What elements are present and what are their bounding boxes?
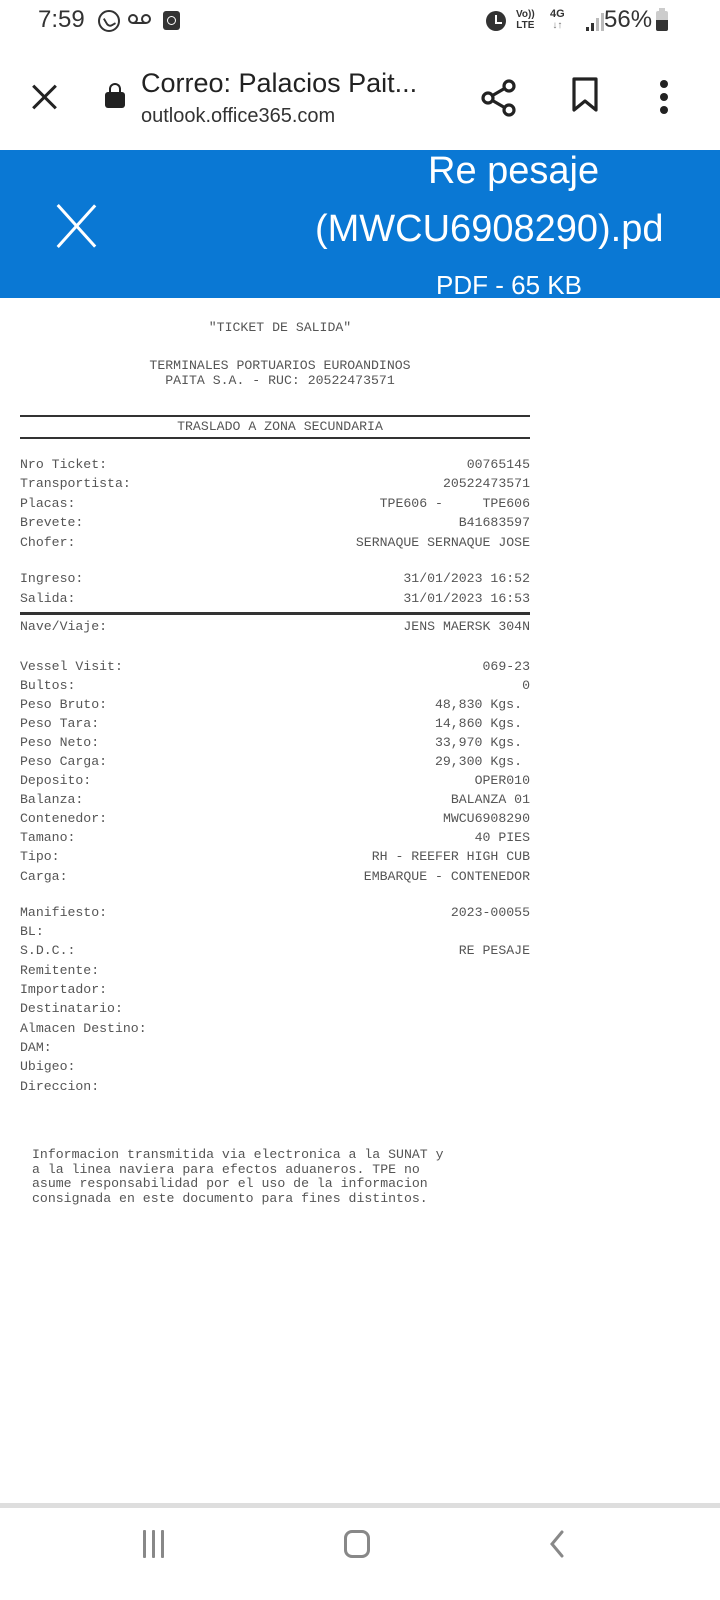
more-options-icon[interactable] xyxy=(654,78,674,118)
voicemail-icon xyxy=(128,14,154,26)
field-value: RE PESAJE xyxy=(459,943,530,958)
ticket-field-row: Tamano:40 PIES xyxy=(20,830,530,849)
field-value: TPE606 - TPE606 xyxy=(380,496,530,511)
attachment-meta: PDF - 65 KB xyxy=(436,270,582,298)
ticket-field-row: BL: xyxy=(20,924,530,943)
field-value: SERNAQUE SERNAQUE JOSE xyxy=(356,535,530,550)
field-value: RH - REEFER HIGH CUB xyxy=(372,849,530,864)
ticket-field-row: Tipo:RH - REEFER HIGH CUB xyxy=(20,849,530,868)
ticket-field-row: Bultos:0 xyxy=(20,678,530,697)
field-label: Direccion: xyxy=(20,1079,99,1094)
divider xyxy=(20,612,530,615)
field-label: Balanza: xyxy=(20,792,83,807)
ticket-field-row: Destinatario: xyxy=(20,1001,530,1020)
divider xyxy=(20,415,530,417)
clock-app-icon xyxy=(163,11,180,30)
attachment-title-line1: Re pesaje xyxy=(428,150,599,193)
ticket-field-row: Peso Carga:29,300 Kgs. xyxy=(20,754,530,773)
bookmark-icon[interactable] xyxy=(571,77,599,113)
field-value: B41683597 xyxy=(459,515,530,530)
ticket-field-row: Remitente: xyxy=(20,963,530,982)
field-label: DAM: xyxy=(20,1040,52,1055)
field-label: Deposito: xyxy=(20,773,91,788)
ticket-field-row: Brevete:B41683597 xyxy=(20,515,530,534)
ticket-field-row: Transportista:20522473571 xyxy=(20,476,530,495)
ticket-field-row: Nave/Viaje:JENS MAERSK 304N xyxy=(20,619,530,638)
field-label: Ingreso: xyxy=(20,571,83,586)
company-name-line2: PAITA S.A. - RUC: 20522473571 xyxy=(0,373,560,388)
network-4g-icon: 4G ↓↑ xyxy=(550,9,565,31)
ticket-field-row: DAM: xyxy=(20,1040,530,1059)
field-label: Importador: xyxy=(20,982,107,997)
field-value: 33,970 Kgs. xyxy=(435,735,522,750)
field-value: 29,300 Kgs. xyxy=(435,754,522,769)
attachment-header: Re pesaje (MWCU6908290).pd PDF - 65 KB xyxy=(0,150,720,298)
field-value: 14,860 Kgs. xyxy=(435,716,522,731)
ticket-field-row: Placas:TPE606 - TPE606 xyxy=(20,496,530,515)
field-label: Contenedor: xyxy=(20,811,107,826)
recents-icon[interactable] xyxy=(142,1530,166,1558)
field-value: BALANZA 01 xyxy=(451,792,530,807)
field-value: OPER010 xyxy=(475,773,530,788)
ticket-field-row: Peso Bruto:48,830 Kgs. xyxy=(20,697,530,716)
alarm-icon xyxy=(486,11,506,31)
field-label: Nro Ticket: xyxy=(20,457,107,472)
ticket-field-row: Almacen Destino: xyxy=(20,1021,530,1040)
battery-percent: 56% xyxy=(604,6,652,34)
disclaimer-text: Informacion transmitida via electronica … xyxy=(32,1148,444,1206)
field-label: Vessel Visit: xyxy=(20,659,123,674)
field-label: Almacen Destino: xyxy=(20,1021,147,1036)
page-title[interactable]: Correo: Palacios Pait... xyxy=(141,68,417,99)
ticket-field-row: Manifiesto:2023-00055 xyxy=(20,905,530,924)
field-value: 069-23 xyxy=(483,659,530,674)
ticket-field-row: Ubigeo: xyxy=(20,1059,530,1078)
field-label: Nave/Viaje: xyxy=(20,619,107,634)
ticket-field-row: Nro Ticket:00765145 xyxy=(20,457,530,476)
field-label: Peso Bruto: xyxy=(20,697,107,712)
ticket-field-row: Vessel Visit:069-23 xyxy=(20,659,530,678)
field-value: MWCU6908290 xyxy=(443,811,530,826)
field-label: Peso Carga: xyxy=(20,754,107,769)
network-arrows: ↓↑ xyxy=(550,20,565,31)
ticket-field-row: Contenedor:MWCU6908290 xyxy=(20,811,530,830)
field-value: 2023-00055 xyxy=(451,905,530,920)
back-icon[interactable] xyxy=(548,1530,566,1558)
page-url[interactable]: outlook.office365.com xyxy=(141,105,335,128)
browser-toolbar: Correo: Palacios Pait... outlook.office3… xyxy=(0,44,720,148)
field-label: Chofer: xyxy=(20,535,75,550)
field-label: Brevete: xyxy=(20,515,83,530)
status-bar: 7:59 Vo)) LTE 4G ↓↑ 56% xyxy=(0,0,720,44)
field-value: 48,830 Kgs. xyxy=(435,697,522,712)
field-label: Salida: xyxy=(20,591,75,606)
field-label: Carga: xyxy=(20,869,67,884)
field-value: 31/01/2023 16:53 xyxy=(403,591,530,606)
ticket-field-row: S.D.C.:RE PESAJE xyxy=(20,943,530,962)
ticket-field-row: Importador: xyxy=(20,982,530,1001)
ticket-field-row: Chofer:SERNAQUE SERNAQUE JOSE xyxy=(20,535,530,554)
ticket-field-row: Salida:31/01/2023 16:53 xyxy=(20,591,530,610)
field-label: Ubigeo: xyxy=(20,1059,75,1074)
volte-label-bottom: LTE xyxy=(516,20,534,31)
ticket-field-row: Carga:EMBARQUE - CONTENEDOR xyxy=(20,869,530,888)
field-label: Tamano: xyxy=(20,830,75,845)
pdf-viewer[interactable]: "TICKET DE SALIDA" TERMINALES PORTUARIOS… xyxy=(0,298,720,1478)
attachment-title-line2: (MWCU6908290).pd xyxy=(315,208,663,251)
share-icon[interactable] xyxy=(480,78,518,118)
field-value: 0 xyxy=(522,678,530,693)
volte-icon: Vo)) LTE xyxy=(516,9,535,31)
field-value: 00765145 xyxy=(467,457,530,472)
ticket-field-row: Peso Tara:14,860 Kgs. xyxy=(20,716,530,735)
field-value: 31/01/2023 16:52 xyxy=(403,571,530,586)
close-tab-icon[interactable] xyxy=(28,80,62,114)
close-attachment-icon[interactable] xyxy=(53,202,99,248)
field-label: Transportista: xyxy=(20,476,131,491)
company-name-line1: TERMINALES PORTUARIOS EUROANDINOS xyxy=(0,358,560,373)
ticket-field-row: Direccion: xyxy=(20,1079,530,1098)
network-label: 4G xyxy=(550,8,565,20)
field-label: Peso Tara: xyxy=(20,716,99,731)
field-label: Destinatario: xyxy=(20,1001,123,1016)
lock-icon xyxy=(105,92,125,108)
system-nav-bar xyxy=(0,1508,720,1600)
signal-icon xyxy=(586,13,606,31)
field-label: Peso Neto: xyxy=(20,735,99,750)
ticket-field-row: Balanza:BALANZA 01 xyxy=(20,792,530,811)
field-label: S.D.C.: xyxy=(20,943,75,958)
field-label: Tipo: xyxy=(20,849,60,864)
whatsapp-icon xyxy=(98,10,120,32)
field-label: Bultos: xyxy=(20,678,75,693)
section-title: TRASLADO A ZONA SECUNDARIA xyxy=(0,419,560,434)
ticket-field-row: Ingreso:31/01/2023 16:52 xyxy=(20,571,530,590)
field-value: EMBARQUE - CONTENEDOR xyxy=(364,869,530,884)
field-label: Remitente: xyxy=(20,963,99,978)
volte-label-top: Vo)) xyxy=(516,9,535,20)
field-value: JENS MAERSK 304N xyxy=(403,619,530,634)
field-label: Manifiesto: xyxy=(20,905,107,920)
ticket-field-row: Peso Neto:33,970 Kgs. xyxy=(20,735,530,754)
field-label: Placas: xyxy=(20,496,75,511)
status-time: 7:59 xyxy=(38,6,85,34)
field-value: 40 PIES xyxy=(475,830,530,845)
home-icon[interactable] xyxy=(344,1530,370,1558)
divider xyxy=(20,437,530,439)
field-value: 20522473571 xyxy=(443,476,530,491)
ticket-field-row: Deposito:OPER010 xyxy=(20,773,530,792)
ticket-title: "TICKET DE SALIDA" xyxy=(0,320,560,335)
battery-icon xyxy=(656,11,668,31)
field-label: BL: xyxy=(20,924,44,939)
